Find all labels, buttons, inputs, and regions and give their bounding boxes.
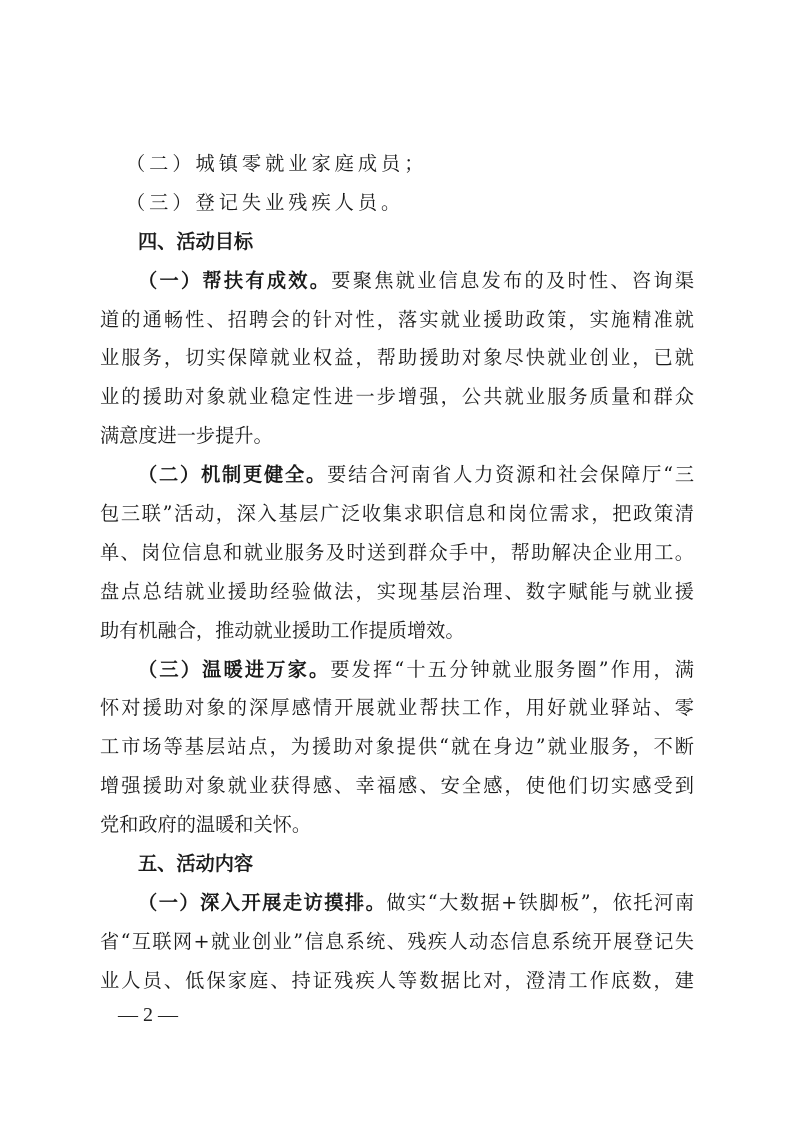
paragraph-line: 业服务，切实保障就业权益，帮助援助对象尽快就业创业，已就 [100, 339, 694, 378]
paragraph-line: 盘点总结就业援助经验做法，实现基层治理、数字赋能与就业援 [100, 573, 694, 612]
paragraph-line: （一）帮扶有成效。要聚焦就业信息发布的及时性、咨询渠 [100, 262, 694, 301]
section-heading: 四、活动目标 [100, 223, 694, 262]
paragraph-text: 要发挥“十五分钟就业服务圈”作用，满 [330, 658, 694, 681]
paragraph-line: 道的通畅性、招聘会的针对性，落实就业援助政策，实施精准就 [100, 301, 694, 340]
paragraph-line: （一）深入开展走访摸排。做实“大数据+铁脚板”，依托河南 [100, 884, 694, 923]
paragraph-text: 要聚焦就业信息发布的及时性、咨询渠 [331, 269, 694, 292]
paragraph-line: （二）机制更健全。要结合河南省人力资源和社会保障厅“三 [100, 456, 694, 495]
paragraph-line: 助有机融合，推动就业援助工作提质增效。 [100, 612, 694, 651]
document-page: （二）城镇零就业家庭成员； （三）登记失业残疾人员。 四、活动目标 （一）帮扶有… [0, 0, 793, 1122]
paragraph-lead: （三）温暖进万家。 [138, 658, 330, 681]
list-item: （三）登记失业残疾人员。 [100, 184, 694, 223]
paragraph-line: 满意度进一步提升。 [100, 417, 694, 456]
paragraph-line: 单、岗位信息和就业服务及时送到群众手中，帮助解决企业用工。 [100, 534, 694, 573]
paragraph-lead: （一）深入开展走访摸排。 [138, 891, 386, 914]
paragraph-line: 怀对援助对象的深厚感情开展就业帮扶工作，用好就业驿站、零 [100, 689, 694, 728]
paragraph-line: 增强援助对象就业获得感、幸福感、安全感，使他们切实感受到 [100, 767, 694, 806]
paragraph-lead: （二）机制更健全。 [138, 463, 327, 486]
section-heading: 五、活动内容 [100, 845, 694, 884]
paragraph-text: 做实“大数据+铁脚板”，依托河南 [386, 891, 694, 914]
paragraph-text: 要结合河南省人力资源和社会保障厅“三 [327, 463, 694, 486]
document-body: （二）城镇零就业家庭成员； （三）登记失业残疾人员。 四、活动目标 （一）帮扶有… [100, 145, 694, 1001]
paragraph-line: 包三联”活动，深入基层广泛收集求职信息和岗位需求，把政策清 [100, 495, 694, 534]
page-number: — 2 — [118, 1004, 178, 1027]
paragraph-line: 业人员、低保家庭、持证残疾人等数据比对，澄清工作底数，建 [100, 962, 694, 1001]
paragraph-line: 省“互联网+就业创业”信息系统、残疾人动态信息系统开展登记失 [100, 923, 694, 962]
paragraph-line: 党和政府的温暖和关怀。 [100, 806, 694, 845]
paragraph-line: 工市场等基层站点，为援助对象提供“就在身边”就业服务，不断 [100, 728, 694, 767]
list-item: （二）城镇零就业家庭成员； [100, 145, 694, 184]
paragraph-line: 业的援助对象就业稳定性进一步增强，公共就业服务质量和群众 [100, 378, 694, 417]
paragraph-lead: （一）帮扶有成效。 [138, 269, 331, 292]
paragraph-line: （三）温暖进万家。要发挥“十五分钟就业服务圈”作用，满 [100, 651, 694, 690]
